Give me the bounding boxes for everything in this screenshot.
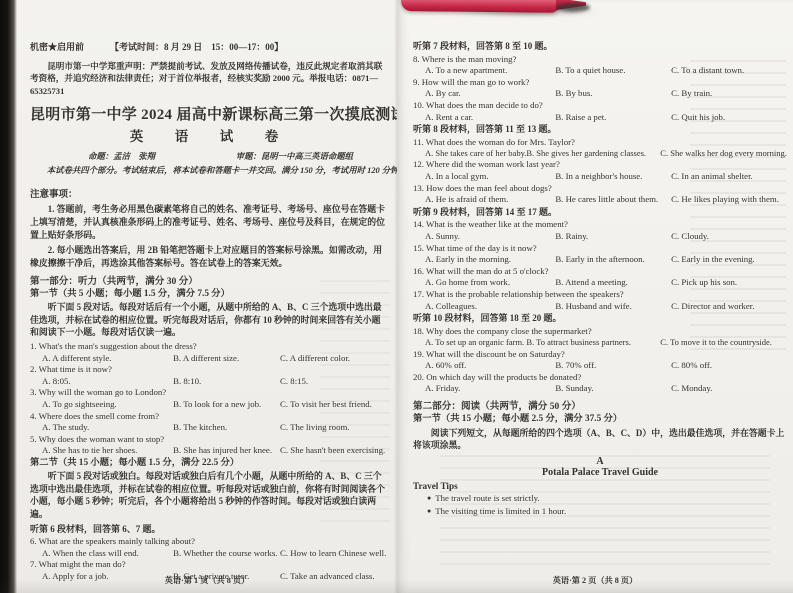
- option-a: A. To set up an organic farm.: [425, 337, 526, 348]
- options-row: A. Sunny. B. Rainy. C. Cloudy.: [413, 231, 787, 243]
- passage-title: Potala Palace Travel Guide: [413, 467, 787, 478]
- question-text: 3. Why will the woman go to London?: [30, 387, 387, 399]
- question-text: 8. Where is the man moving?: [413, 54, 787, 66]
- option-b: B. The kitchen.: [173, 422, 280, 434]
- question-text: 13. How does the man feel about dogs?: [413, 183, 787, 195]
- notice-heading: 注意事项：: [30, 186, 387, 200]
- question-block: 16. What will the man do at 5 o'clock? A…: [413, 266, 787, 289]
- options-row: A. Early in the morning. B. Early in the…: [413, 254, 787, 266]
- red-pen: [401, 0, 561, 13]
- options-row: A. To go sightseeing. B. To look for a n…: [30, 399, 387, 411]
- bullet-icon: ●: [427, 494, 431, 502]
- option-c: C. A different color.: [280, 353, 387, 365]
- question-block: 14. What is the weather like at the mome…: [413, 219, 787, 242]
- option-b: B. To look for a new job.: [173, 399, 280, 411]
- question-block: 1. What's the man's suggestion about the…: [30, 341, 387, 364]
- question-text: 2. What time is it now?: [30, 364, 387, 376]
- options-row: A. She takes care of her baby. B. She gi…: [413, 148, 787, 159]
- options-row: A. To a new apartment. B. To a quiet hou…: [413, 65, 787, 77]
- options-row: A. She has to tie her shoes. B. She has …: [30, 445, 387, 457]
- tip-text: The visiting time is limited in 1 hour.: [435, 506, 566, 516]
- options-row: A. A different style. B. A different siz…: [30, 353, 387, 365]
- question-text: 1. What's the man's suggestion about the…: [30, 341, 387, 353]
- page1-header: 机密★启用前 【考试时间：8 月 29 日 15：00—17：00】: [30, 40, 387, 53]
- option-a: A. 8:05.: [42, 376, 173, 388]
- options-row: A. When the class will end. B. Whether t…: [30, 548, 387, 560]
- option-a: A. To a new apartment.: [425, 65, 555, 77]
- question-block: 9. How will the man go to work? A. By ca…: [413, 77, 787, 100]
- material6-heading: 听第 6 段材料，回答第 6、7 题。: [30, 523, 387, 537]
- option-a: A. Rent a car.: [425, 112, 555, 124]
- tip-item: ●The travel route is set strictly.: [413, 492, 787, 505]
- setter-reviewer-row: 命题：孟洁 张翔 审题：昆明一中高三英语命题组: [30, 150, 387, 162]
- question-text: 19. What will the discount be on Saturda…: [413, 349, 787, 361]
- option-c: C. The living room.: [280, 422, 387, 434]
- bullet-icon: ●: [427, 507, 431, 515]
- options-row: A. By car. B. By bus. C. By train.: [413, 88, 787, 100]
- option-c: C. To move it to the countryside.: [660, 337, 787, 348]
- question-text: 7. What might the man do?: [30, 559, 387, 571]
- question-block: 19. What will the discount be on Saturda…: [413, 349, 787, 372]
- page-2: 听第 7 段材料，回答第 8 至 10 题。 8. Where is the m…: [397, 0, 793, 593]
- material7-heading: 听第 7 段材料，回答第 8 至 10 题。: [413, 40, 787, 54]
- option-a: A. Friday.: [425, 383, 555, 395]
- material10-heading: 听第 10 段材料，回答第 18 至 20 题。: [413, 312, 787, 326]
- question-block: 2. What time is it now? A. 8:05. B. 8:10…: [30, 364, 387, 387]
- option-a: A. 60% off.: [425, 360, 555, 372]
- question-text: 9. How will the man go to work?: [413, 77, 787, 89]
- option-c: C. Monday.: [671, 383, 787, 395]
- option-b: B. She has injured her knee.: [173, 445, 280, 457]
- notice-item-2: 2. 每小题选出答案后，用 2B 铅笔把答题卡上对应题目的答案标号涂黑。如需改动…: [30, 244, 387, 269]
- option-b: B. Sunday.: [555, 383, 671, 395]
- options-row: A. Go home from work. B. Attend a meetin…: [413, 277, 787, 289]
- option-c: C. She walks her dog every morning.: [660, 148, 787, 159]
- option-a: A. Go home from work.: [425, 277, 555, 289]
- material8-heading: 听第 8 段材料，回答第 11 至 13 题。: [413, 123, 787, 137]
- tip-text: The travel route is set strictly.: [435, 493, 539, 503]
- options-row: A. Colleagues. B. Husband and wife. C. D…: [413, 301, 787, 313]
- option-c: C. 80% off.: [671, 360, 787, 372]
- question-block: 6. What are the speakers mainly talking …: [30, 536, 387, 559]
- option-a: A. He is afraid of them.: [425, 194, 555, 206]
- question-text: 12. Where did the woman work last year?: [413, 159, 787, 171]
- question-text: 16. What will the man do at 5 o'clock?: [413, 266, 787, 278]
- option-b: B. Husband and wife.: [555, 301, 671, 313]
- question-text: 4. Where does the smell come from?: [30, 411, 387, 423]
- options-row: A. Friday. B. Sunday. C. Monday.: [413, 383, 787, 395]
- photo-dark-edge: [0, 0, 17, 593]
- option-a: A. In a local gym.: [425, 171, 555, 183]
- options-row: A. Rent a car. B. Raise a pet. C. Quit h…: [413, 112, 787, 124]
- option-c: C. Director and worker.: [671, 301, 787, 313]
- options-row: A. To set up an organic farm. B. To attr…: [413, 337, 787, 348]
- option-b: B. In a neighbor's house.: [555, 171, 671, 183]
- question-block: 17. What is the probable relationship be…: [413, 289, 787, 312]
- option-b: B. Whether the course works.: [173, 548, 280, 560]
- option-c: C. 8:15.: [280, 376, 387, 388]
- option-b: B. A different size.: [173, 353, 280, 365]
- passage-label: A: [413, 456, 787, 467]
- exam-subtitle: 英 语 试 卷: [30, 125, 387, 145]
- option-c: C. She hasn't been exercising.: [280, 445, 387, 457]
- part1-heading: 第一部分：听力（共两节，满分 30 分）: [30, 275, 387, 288]
- confidential-label: 机密★启用前: [30, 40, 84, 53]
- pen-tip-shadow: [556, 3, 590, 12]
- options-row: A. He is afraid of them. B. He cares lit…: [413, 194, 787, 206]
- question-block: 13. How does the man feel about dogs? A.…: [413, 183, 787, 206]
- school-declaration: 昆明市第一中学郑重声明：严禁提前考试、发放及网络传播试卷，违反此规定者取消其联考…: [30, 60, 387, 97]
- option-b: B. To attract business partners.: [526, 337, 660, 348]
- exam-paper-photo: 机密★启用前 【考试时间：8 月 29 日 15：00—17：00】 昆明市第一…: [0, 0, 793, 593]
- question-text: 10. What does the man decide to do?: [413, 100, 787, 112]
- question-text: 6. What are the speakers mainly talking …: [30, 536, 387, 548]
- option-c: C. To visit her best friend.: [280, 399, 387, 411]
- option-a: A. She has to tie her shoes.: [42, 445, 173, 457]
- option-a: A. She takes care of her baby.: [425, 148, 526, 159]
- photo-bottom-shade: [0, 579, 793, 593]
- option-a: A. Sunny.: [425, 231, 555, 243]
- question-block: 12. Where did the woman work last year? …: [413, 159, 787, 182]
- option-c: C. He likes playing with them.: [671, 194, 787, 206]
- option-a: A. A different style.: [42, 353, 173, 365]
- question-text: 14. What is the weather like at the mome…: [413, 219, 787, 231]
- option-a: A. By car.: [425, 88, 555, 100]
- options-row: A. The study. B. The kitchen. C. The liv…: [30, 422, 387, 434]
- option-c: C. In an animal shelter.: [671, 171, 787, 183]
- travel-tips-heading: Travel Tips: [413, 481, 787, 491]
- question-block: 5. Why does the woman want to stop? A. S…: [30, 434, 387, 457]
- option-b: B. She gives her gardening classes.: [526, 148, 660, 159]
- option-b: B. Raise a pet.: [555, 112, 671, 124]
- question-text: 5. Why does the woman want to stop?: [30, 434, 387, 446]
- exam-time-label: 【考试时间：8 月 29 日 15：00—17：00】: [110, 40, 283, 53]
- section1-heading: 第一节（共 5 小题；每小题 1.5 分，满分 7.5 分）: [30, 288, 387, 301]
- question-text: 11. What does the woman do for Mrs. Tayl…: [413, 137, 787, 149]
- options-row: A. 8:05. B. 8:10. C. 8:15.: [30, 376, 387, 388]
- option-c: C. To a distant town.: [671, 65, 787, 77]
- section1-intro: 听下面 5 段对话。每段对话后有一个小题，从题中所给的 A、B、C 三个选项中选…: [30, 301, 387, 339]
- option-a: A. The study.: [42, 422, 173, 434]
- question-reviewer: 审题：昆明一中高三英语命题组: [236, 150, 353, 162]
- options-row: A. In a local gym. B. In a neighbor's ho…: [413, 171, 787, 183]
- option-c: C. How to learn Chinese well.: [280, 548, 387, 560]
- option-b: B. 70% off.: [555, 360, 671, 372]
- option-a: A. Colleagues.: [425, 301, 555, 313]
- question-text: 18. Why does the company close the super…: [413, 326, 787, 338]
- question-block: 8. Where is the man moving? A. To a new …: [413, 54, 787, 77]
- option-b: B. To a quiet house.: [555, 65, 671, 77]
- exam-title: 昆明市第一中学 2024 届高中新课标高三第一次摸底测试: [30, 103, 387, 124]
- option-b: B. 8:10.: [173, 376, 280, 388]
- options-row: A. 60% off. B. 70% off. C. 80% off.: [413, 360, 787, 372]
- question-block: 10. What does the man decide to do? A. R…: [413, 100, 787, 123]
- section2-intro: 听下面 5 段对话或独白。每段对话或独白后有几个小题，从题中所给的 A、B、C …: [30, 470, 387, 521]
- reading-section1-heading: 第一节（共 15 小题；每小题 2.5 分，满分 37.5 分）: [413, 413, 787, 426]
- question-text: 20. On which day will the products be do…: [413, 372, 787, 384]
- option-b: B. Attend a meeting.: [555, 277, 671, 289]
- option-a: A. When the class will end.: [42, 548, 173, 560]
- question-text: 15. What time of the day is it now?: [413, 243, 787, 255]
- option-b: B. He cares little about them.: [555, 194, 671, 206]
- question-block: 15. What time of the day is it now? A. E…: [413, 243, 787, 266]
- question-block: 3. Why will the woman go to London? A. T…: [30, 387, 387, 410]
- option-c: C. Early in the evening.: [671, 254, 787, 266]
- exam-note: 本试卷共四个部分。考试结束后，将本试卷和答题卡一并交回。满分 150 分，考试用…: [30, 164, 387, 176]
- option-b: B. By bus.: [555, 88, 671, 100]
- reading-intro: 阅读下列短文，从每题所给的四个选项（A、B、C、D）中，选出最佳选项，并在答题卡…: [413, 427, 787, 452]
- option-c: C. Pick up his son.: [671, 277, 787, 289]
- option-a: A. To go sightseeing.: [42, 399, 173, 411]
- material9-heading: 听第 9 段材料，回答第 14 至 17 题。: [413, 206, 787, 220]
- part2-heading: 第二部分：阅读（共两节，满分 50 分）: [413, 400, 787, 413]
- question-block: 4. Where does the smell come from? A. Th…: [30, 411, 387, 434]
- section2-heading: 第二节（共 15 小题；每小题 1.5 分，满分 22.5 分）: [30, 457, 387, 470]
- option-a: A. Early in the morning.: [425, 254, 555, 266]
- option-b: B. Early in the afternoon.: [555, 254, 671, 266]
- notice-item-1: 1. 答题前，考生务必用黑色碳素笔将自己的姓名、准考证号、考场号、座位号在答题卡…: [30, 203, 387, 241]
- question-block: 20. On which day will the products be do…: [413, 372, 787, 395]
- question-block: 11. What does the woman do for Mrs. Tayl…: [413, 137, 787, 160]
- page-1: 机密★启用前 【考试时间：8 月 29 日 15：00—17：00】 昆明市第一…: [17, 0, 397, 593]
- option-c: C. Cloudy.: [671, 231, 787, 243]
- question-setter: 命题：孟洁 张翔: [88, 150, 155, 162]
- option-b: B. Rainy.: [555, 231, 671, 243]
- option-c: C. By train.: [671, 88, 787, 100]
- question-block: 18. Why does the company close the super…: [413, 326, 787, 349]
- tip-item: ●The visiting time is limited in 1 hour.: [413, 505, 787, 518]
- option-c: C. Quit his job.: [671, 112, 787, 124]
- question-text: 17. What is the probable relationship be…: [413, 289, 787, 301]
